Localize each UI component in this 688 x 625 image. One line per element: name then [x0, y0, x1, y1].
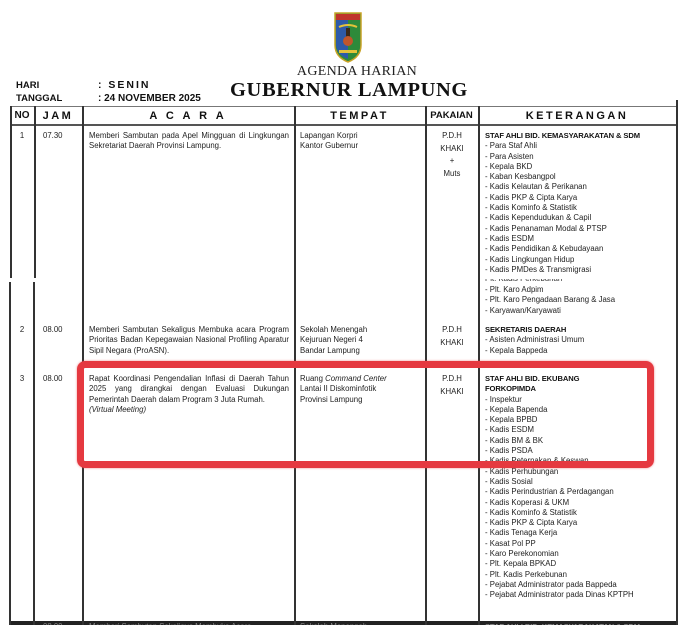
- table-top-border: [10, 106, 678, 107]
- header-bottom-border: [10, 124, 678, 126]
- keterangan-item: Kepala Bappeda: [485, 346, 584, 356]
- row-pakaian: P.D.H KHAKI + Muts: [422, 130, 482, 180]
- header-acara: A C A R A: [82, 110, 294, 122]
- header-jam: JAM: [34, 110, 82, 122]
- row-acara: Memberi Sambutan pada Apel Mingguan di L…: [89, 131, 289, 152]
- row-pakaian: P.D.H KHAKI: [422, 324, 482, 349]
- keterangan-item: Kadis Pendidikan & Kebudayaan: [485, 244, 640, 254]
- keterangan-item: Asisten Administrasi Umum: [485, 335, 584, 345]
- keterangan-item: Plt. Karo Pengadaan Barang & Jasa: [485, 295, 615, 305]
- highlight-box: [77, 361, 654, 468]
- header-keterangan: KETERANGAN: [478, 110, 676, 122]
- keterangan-item: Kasat Pol PP: [485, 539, 634, 549]
- keterangan-item: Pejabat Administrator pada Bappeda: [485, 580, 634, 590]
- pakaian-line: P.D.H: [422, 324, 482, 337]
- keterangan-item: Kadis Perhubungan: [485, 467, 634, 477]
- keterangan-item: Kadis Kominfo & Statistik: [485, 508, 634, 518]
- keterangan-item: Kadis Sosial: [485, 477, 634, 487]
- agenda-subtitle: AGENDA HARIAN: [0, 64, 688, 80]
- row-keterangan-continued: Plt. Kadis Perkebunan Plt. Karo AdpimPlt…: [485, 282, 615, 316]
- table-row: 08.00 Memberi Sambutan Sekaligus Membuka…: [0, 620, 688, 625]
- col-border: [676, 100, 678, 625]
- row-no: 2: [10, 325, 34, 335]
- tempat-line: Kejuruan Negeri 4: [300, 335, 367, 345]
- lampung-emblem-icon: [333, 11, 363, 63]
- keterangan-item: Para Staf Ahli: [485, 141, 640, 151]
- keterangan-item: Kadis Kependudukan & Capil: [485, 213, 640, 223]
- tempat-line: Lapangan Korpri: [300, 131, 358, 141]
- keterangan-list: Para Staf AhliPara AsistenKepala BKDKaba…: [485, 141, 640, 275]
- keterangan-item: Kadis Lingkungan Hidup: [485, 255, 640, 265]
- pakaian-line: P.D.H: [422, 130, 482, 143]
- row-jam: 07.30: [43, 131, 63, 141]
- keterangan-list: Asisten Administrasi UmumKepala Bappeda: [485, 335, 584, 356]
- row-tempat: Sekolah Menengah Kejuruan Negeri 4 Banda…: [300, 325, 367, 356]
- keterangan-item: Pejabat Administrator pada Dinas KPTPH: [485, 590, 634, 600]
- pakaian-line: KHAKI: [422, 143, 482, 156]
- header-tempat: TEMPAT: [294, 110, 425, 122]
- hari-label: HARI: [16, 80, 39, 91]
- tempat-line: Sekolah Menengah: [300, 325, 367, 335]
- keterangan-item: Kepala BKD: [485, 162, 640, 172]
- cutoff-line: Plt. Kadis Perkebunan: [485, 279, 615, 285]
- keterangan-item: Para Asisten: [485, 152, 640, 162]
- row-no: 3: [10, 374, 34, 384]
- keterangan-heading: STAF AHLI BID. KEMASYARAKATAN & SDM: [485, 131, 640, 141]
- pakaian-line: Muts: [422, 168, 482, 181]
- keterangan-item: Kaban Kesbangpol: [485, 172, 640, 182]
- keterangan-item: Kadis PKP & Cipta Karya: [485, 193, 640, 203]
- row-jam: 08.00: [43, 325, 63, 335]
- keterangan-heading: SEKRETARIS DAERAH: [485, 325, 584, 335]
- row-keterangan: SEKRETARIS DAERAH Asisten Administrasi U…: [485, 325, 584, 356]
- keterangan-item: Plt. Karo Adpim: [485, 285, 615, 295]
- tanggal-value: : 24 NOVEMBER 2025: [98, 93, 201, 104]
- keterangan-item: Plt. Kepala BPKAD: [485, 559, 634, 569]
- keterangan-item: Plt. Kadis Perkebunan: [485, 570, 634, 580]
- row-jam: 08.00: [43, 374, 63, 384]
- keterangan-item: Kadis Kelautan & Perikanan: [485, 182, 640, 192]
- tempat-line: Bandar Lampung: [300, 346, 367, 356]
- keterangan-list: Plt. Karo AdpimPlt. Karo Pengadaan Baran…: [485, 285, 615, 316]
- keterangan-item: Karyawan/Karyawati: [485, 306, 615, 316]
- row-acara: Memberi Sambutan Sekaligus Membuka acara…: [89, 325, 289, 356]
- row-no: 1: [10, 131, 34, 141]
- keterangan-item: Kadis PMDes & Transmigrasi: [485, 265, 640, 275]
- keterangan-item: Kadis Kominfo & Statistik: [485, 203, 640, 213]
- row-tempat: Lapangan Korpri Kantor Gubernur: [300, 131, 358, 152]
- pakaian-line: +: [422, 155, 482, 168]
- keterangan-item: Karo Perekonomian: [485, 549, 634, 559]
- pakaian-line: KHAKI: [422, 337, 482, 350]
- tempat-line: Kantor Gubernur: [300, 141, 358, 151]
- keterangan-item: Kadis ESDM: [485, 234, 640, 244]
- keterangan-item: Kadis Koperasi & UKM: [485, 498, 634, 508]
- keterangan-item: Kadis PKP & Cipta Karya: [485, 518, 634, 528]
- keterangan-item: Kadis Tenaga Kerja: [485, 528, 634, 538]
- keterangan-item: Kadis Penanaman Modal & PTSP: [485, 224, 640, 234]
- header-pakaian: PAKAIAN: [425, 110, 478, 121]
- tanggal-label: TANGGAL: [16, 93, 62, 104]
- keterangan-item: Kadis Perindustrian & Perdagangan: [485, 487, 634, 497]
- agenda-title: GUBERNUR LAMPUNG: [230, 79, 468, 102]
- header-no: NO: [10, 110, 34, 121]
- row-keterangan: STAF AHLI BID. KEMASYARAKATAN & SDM Para…: [485, 131, 640, 275]
- col-border: [34, 106, 36, 278]
- hari-value: : SENIN: [98, 79, 151, 91]
